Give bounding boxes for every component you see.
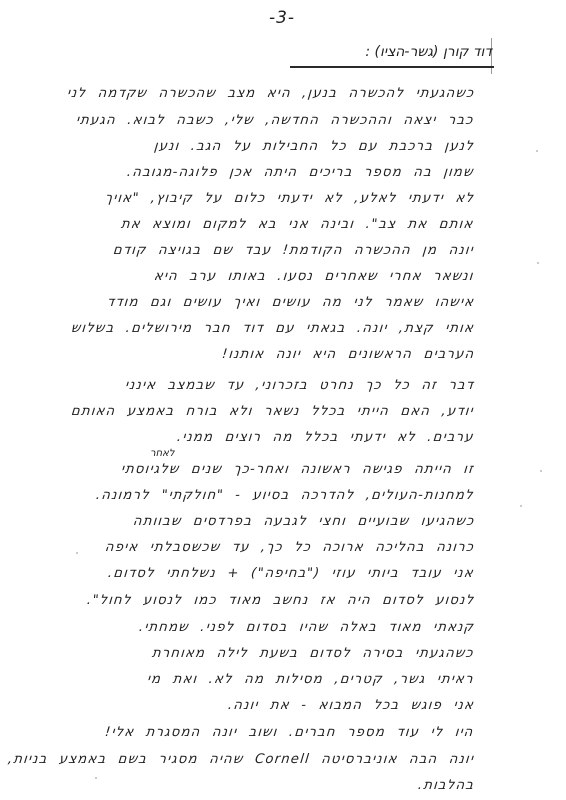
scan-speck (536, 150, 538, 152)
text-line: קנאתי מאוד באלה שהיו בסדום לפני. שמחתי. (138, 620, 475, 635)
text-line: יודע, האם הייתי בכלל נשאר ולא בורח באמצע… (70, 404, 474, 419)
text-line: כשהגעתי להכשרה בנען, היא מצב שהכשרה שקדמ… (66, 86, 475, 101)
text-line: יונה הבה אוניברסיטה Cornell שהיה מסגיר ב… (7, 752, 475, 767)
text-line: הערבים הראשונים היא יונה אותנו! (221, 347, 475, 362)
scan-speck (76, 552, 78, 554)
scan-speck (540, 470, 542, 472)
scan-speck (95, 777, 97, 779)
text-line: כרונה בהליכה ארוכה כל כך, עד שכשסבלתי אי… (104, 540, 475, 555)
text-line: יונה מן ההכשרה הקודמת! עבד שם בגויצה קוד… (112, 243, 475, 258)
text-line: כבר יצאה וההכשרה החדשה, שלי, כשבה לבוא. … (76, 113, 475, 128)
text-line: למחנות-העולים, להדרכה בסיוע - "חולקתי" ל… (95, 488, 474, 503)
text-line: אני פוגש בכל המבוא - את יונה. (227, 698, 475, 713)
text-line: בהלבות. (417, 778, 475, 793)
text-line: היו לי עוד מספר חברים. ושוב יונה המסגרת … (105, 725, 475, 740)
text-line: זו הייתה פגישה ראשונה ואחר-כך שנים שלגיו… (120, 462, 475, 477)
text-line: אני עובד ביותי עוזי ("בחיפה") + נשלחתי ל… (107, 566, 474, 581)
handwritten-body: כשהגעתי להכשרה בנען, היא מצב שהכשרה שקדמ… (0, 0, 566, 800)
text-line: אותם את צב". ובינה אני בא למקום ומוצא את (121, 217, 475, 232)
text-line: ראיתי גשר, קטרים, מסילות מה לא. ואת מי (147, 672, 475, 687)
text-line: לנסוע לסדום היה אז נחשב מאוד כמו לנסוע ל… (86, 593, 475, 608)
insertion-note: לאחר (150, 448, 175, 459)
text-line: אותי קצת, יונה. בגאתי עם דוד חבר מירושלי… (70, 321, 475, 336)
text-line: לא ידעתי לאלע, לא ידעתי כלום על קיבוץ, "… (104, 191, 475, 206)
text-line: לנען ברכבת עם כל החבילות על הגב. ונען (153, 139, 475, 154)
text-line: ונשאר אחרי שאחרים נסעו. באותו ערב היא (154, 269, 475, 284)
text-line: כשהגעתי בסירה לסדום בשעת לילה מאוחרת (151, 646, 474, 661)
scan-speck (537, 262, 539, 264)
text-line: ערבים. לא ידעתי בכלל מה רוצים ממני. (176, 430, 474, 445)
text-line: שמון בה מספר בריכים היתה אכן פלוגה-מגובה… (126, 165, 474, 180)
scan-speck (520, 505, 522, 507)
text-line: דבר זה כל כך נחרט בזכרוני, עד שבמצב איננ… (124, 378, 475, 393)
text-line: כשהגיעו שבועיים וחצי לגבעה בפרדסים שבוות… (132, 514, 475, 529)
text-line: אישהו שאמר לני מה עושים ואיך עושים וגם מ… (106, 295, 475, 310)
